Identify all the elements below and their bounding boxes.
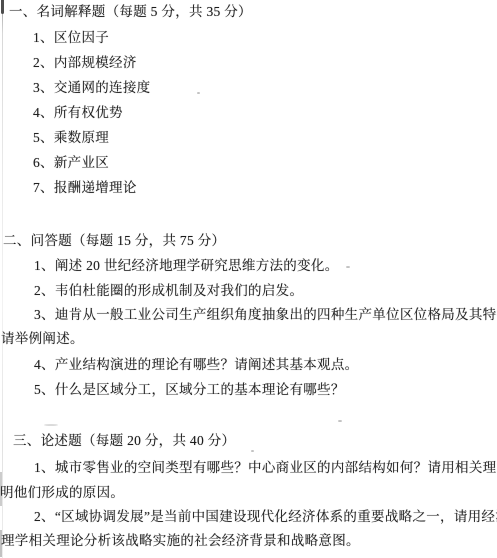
question-continuation: 明他们形成的原因。 [0, 484, 124, 501]
scan-artifact-speck [44, 424, 58, 426]
question-item: 2、韦伯杜能圈的形成机制及对我们的启发。 [34, 282, 303, 299]
question-item: 4、产业结构演进的理论有哪些？请阐述其基本观点。 [34, 356, 358, 373]
scan-artifact-speck [346, 266, 350, 268]
question-continuation: 请举例阐述。 [1, 330, 84, 347]
question-item: 1、阐述 20 世纪经济地理学研究思维方法的变化。 [34, 257, 339, 274]
question-item: 5、乘数原理 [33, 129, 109, 146]
question-item: 1、城市零售业的空间类型有哪些？中心商业区的内部结构如何？请用相关理论说 [34, 459, 497, 476]
question-item: 5、什么是区域分工，区域分工的基本理论有哪些？ [34, 381, 345, 398]
section-heading: 二、问答题（每题 15 分，共 75 分） [3, 232, 225, 249]
question-item: 3、迪肯从一般工业公司生产组织角度抽象出的四种生产单位区位格局及其特征， [34, 306, 497, 323]
question-item: 7、报酬递增理论 [33, 179, 137, 196]
scan-artifact-speck [338, 420, 342, 422]
section-heading: 三、论述题（每题 20 分，共 40 分） [13, 432, 235, 449]
question-item: 6、新产业区 [33, 154, 109, 171]
question-item: 2、“区域协调发展”是当前中国建设现代化经济体系的重要战略之一，请用经济地 [34, 508, 497, 525]
scan-artifact-speck [251, 450, 254, 452]
section-heading: 一、名词解释题（每题 5 分，共 35 分） [9, 3, 252, 20]
question-item: 3、交通网的连接度 [33, 79, 150, 96]
question-continuation: 理学相关理论分析该战略实施的社会经济背景和战略意图。 [1, 532, 360, 549]
exam-paper-page: 一、名词解释题（每题 5 分，共 35 分） 1、区位因子 2、内部规模经济 3… [0, 0, 497, 558]
scan-artifact-top-left-mark [1, 0, 4, 14]
question-item: 1、区位因子 [33, 29, 109, 46]
question-item: 2、内部规模经济 [33, 54, 137, 71]
scan-artifact-left-edge-line [2, 0, 3, 558]
question-item: 4、所有权优势 [33, 104, 123, 121]
scan-artifact-speck [197, 92, 200, 94]
